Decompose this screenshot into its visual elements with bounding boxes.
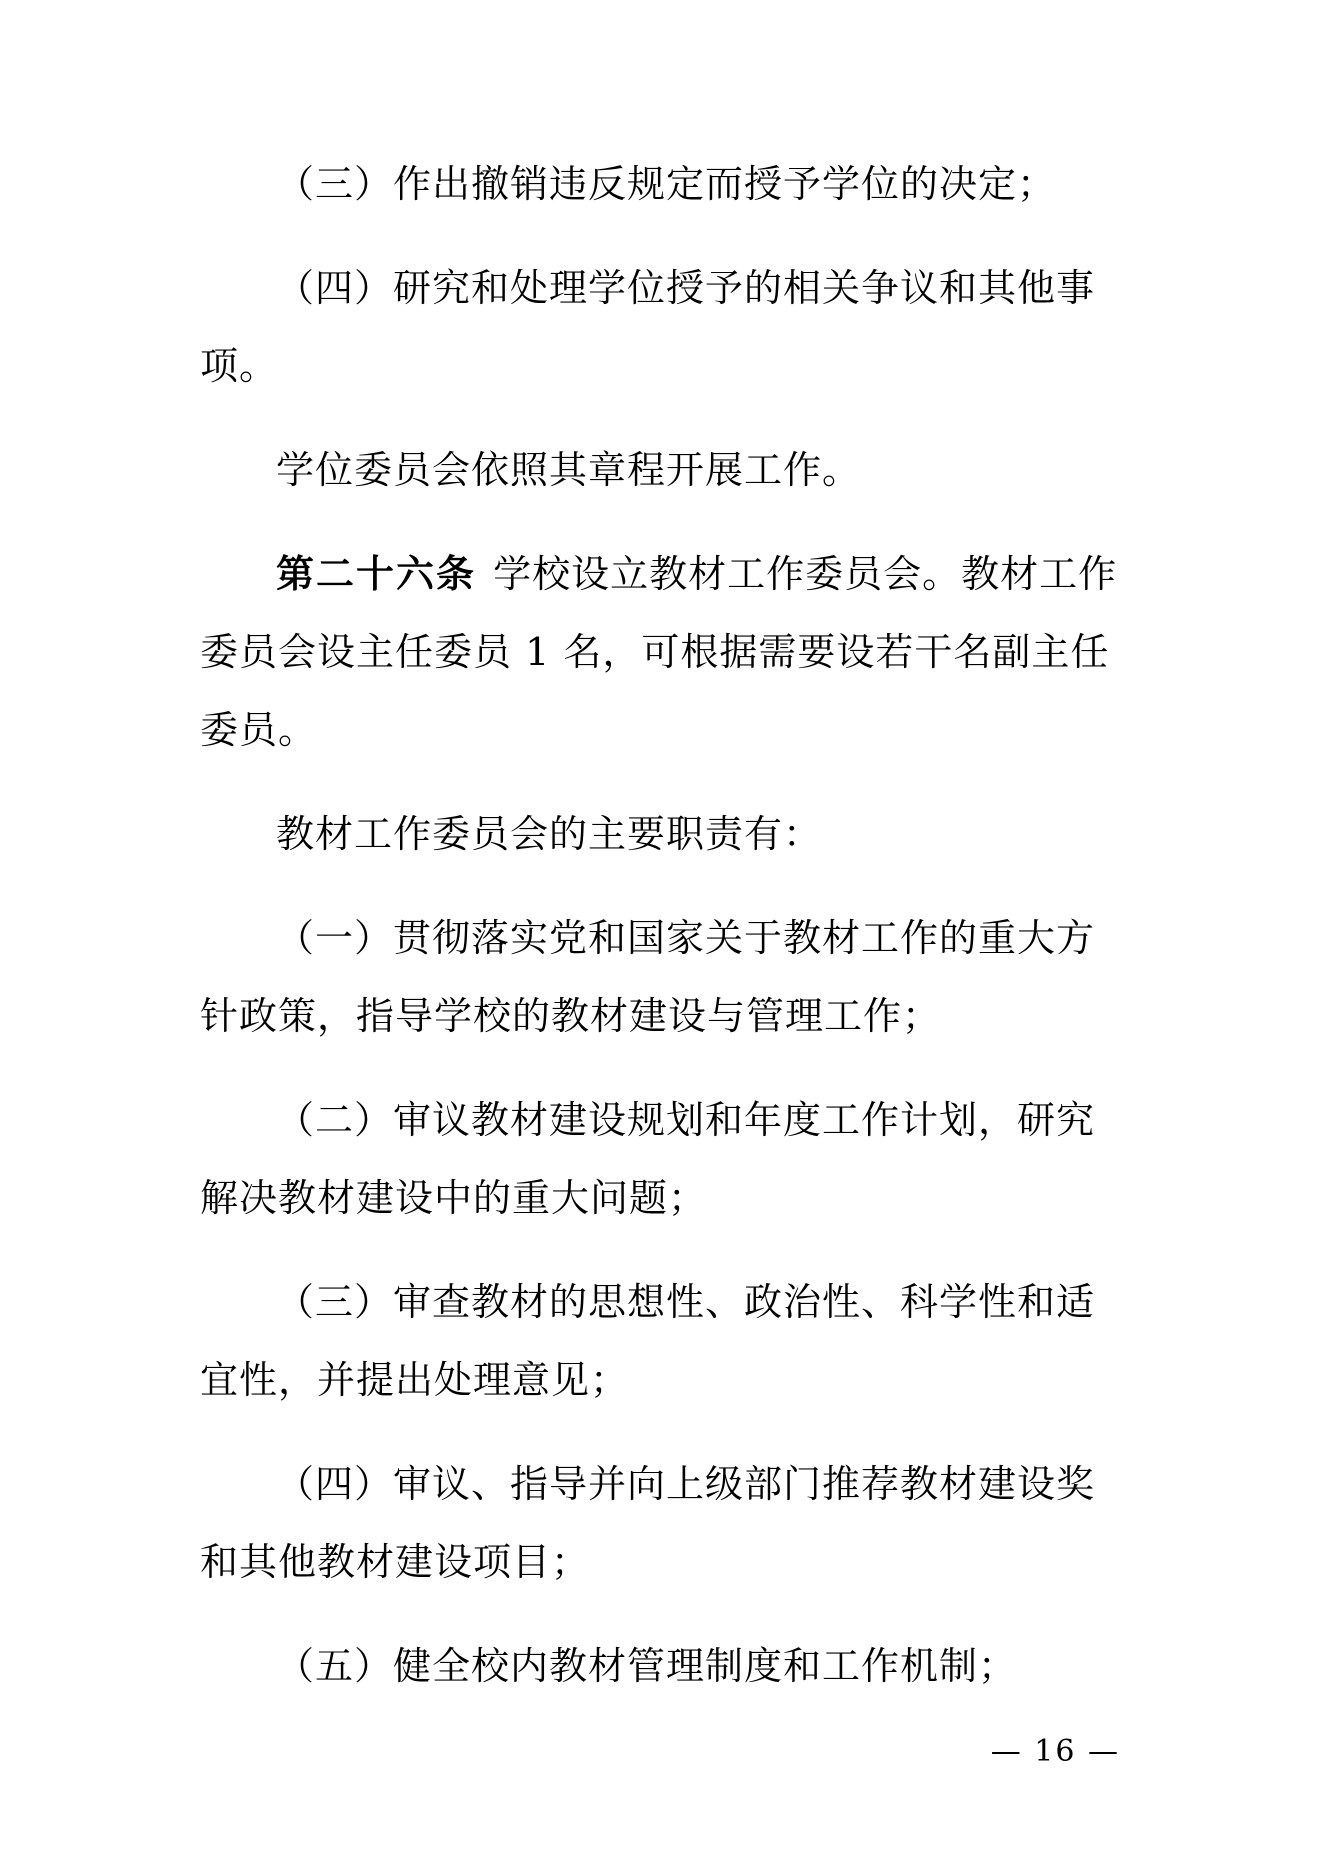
text-line: （三）审查教材的思想性、政治性、科学性和适 [200,1263,1128,1341]
text-line: 宜性，并提出处理意见； [200,1341,1128,1419]
paragraph: 教材工作委员会的主要职责有： [200,795,1128,873]
paragraph: （一）贯彻落实党和国家关于教材工作的重大方针政策，指导学校的教材建设与管理工作； [200,899,1128,1055]
paragraph: （五）健全校内教材管理制度和工作机制； [200,1627,1128,1705]
text-line: 项。 [200,327,1128,405]
text-line: （一）贯彻落实党和国家关于教材工作的重大方 [200,899,1128,977]
text-line: 针政策，指导学校的教材建设与管理工作； [200,977,1128,1055]
article-number-lead: 第二十六条 [276,552,476,596]
text-line: 和其他教材建设项目； [200,1523,1128,1601]
text-line: 学位委员会依照其章程开展工作。 [200,431,1128,509]
paragraph: 第二十六条学校设立教材工作委员会。教材工作委员会设主任委员 1 名，可根据需要设… [200,535,1128,769]
text-line: （五）健全校内教材管理制度和工作机制； [200,1627,1128,1705]
document-body: （三）作出撤销违反规定而授予学位的决定；（四）研究和处理学位授予的相关争议和其他… [200,145,1128,1731]
text-line: 教材工作委员会的主要职责有： [200,795,1128,873]
document-page: （三）作出撤销违反规定而授予学位的决定；（四）研究和处理学位授予的相关争议和其他… [0,0,1323,1871]
paragraph: （二）审议教材建设规划和年度工作计划，研究解决教材建设中的重大问题； [200,1081,1128,1237]
text-line: 解决教材建设中的重大问题； [200,1159,1128,1237]
page-number: — 16 — [991,1732,1120,1772]
text-line: 委员。 [200,691,1128,769]
paragraph: （三）审查教材的思想性、政治性、科学性和适宜性，并提出处理意见； [200,1263,1128,1419]
paragraph: （四）研究和处理学位授予的相关争议和其他事项。 [200,249,1128,405]
paragraph: （三）作出撤销违反规定而授予学位的决定； [200,145,1128,223]
text-line: （三）作出撤销违反规定而授予学位的决定； [200,145,1128,223]
text-line: 委员会设主任委员 1 名，可根据需要设若干名副主任 [200,613,1128,691]
line-text: 学校设立教材工作委员会。教材工作 [493,552,1117,596]
text-line: （二）审议教材建设规划和年度工作计划，研究 [200,1081,1128,1159]
text-line: 第二十六条学校设立教材工作委员会。教材工作 [200,535,1128,613]
text-line: （四）审议、指导并向上级部门推荐教材建设奖 [200,1445,1128,1523]
paragraph: （四）审议、指导并向上级部门推荐教材建设奖和其他教材建设项目； [200,1445,1128,1601]
paragraph: 学位委员会依照其章程开展工作。 [200,431,1128,509]
text-line: （四）研究和处理学位授予的相关争议和其他事 [200,249,1128,327]
